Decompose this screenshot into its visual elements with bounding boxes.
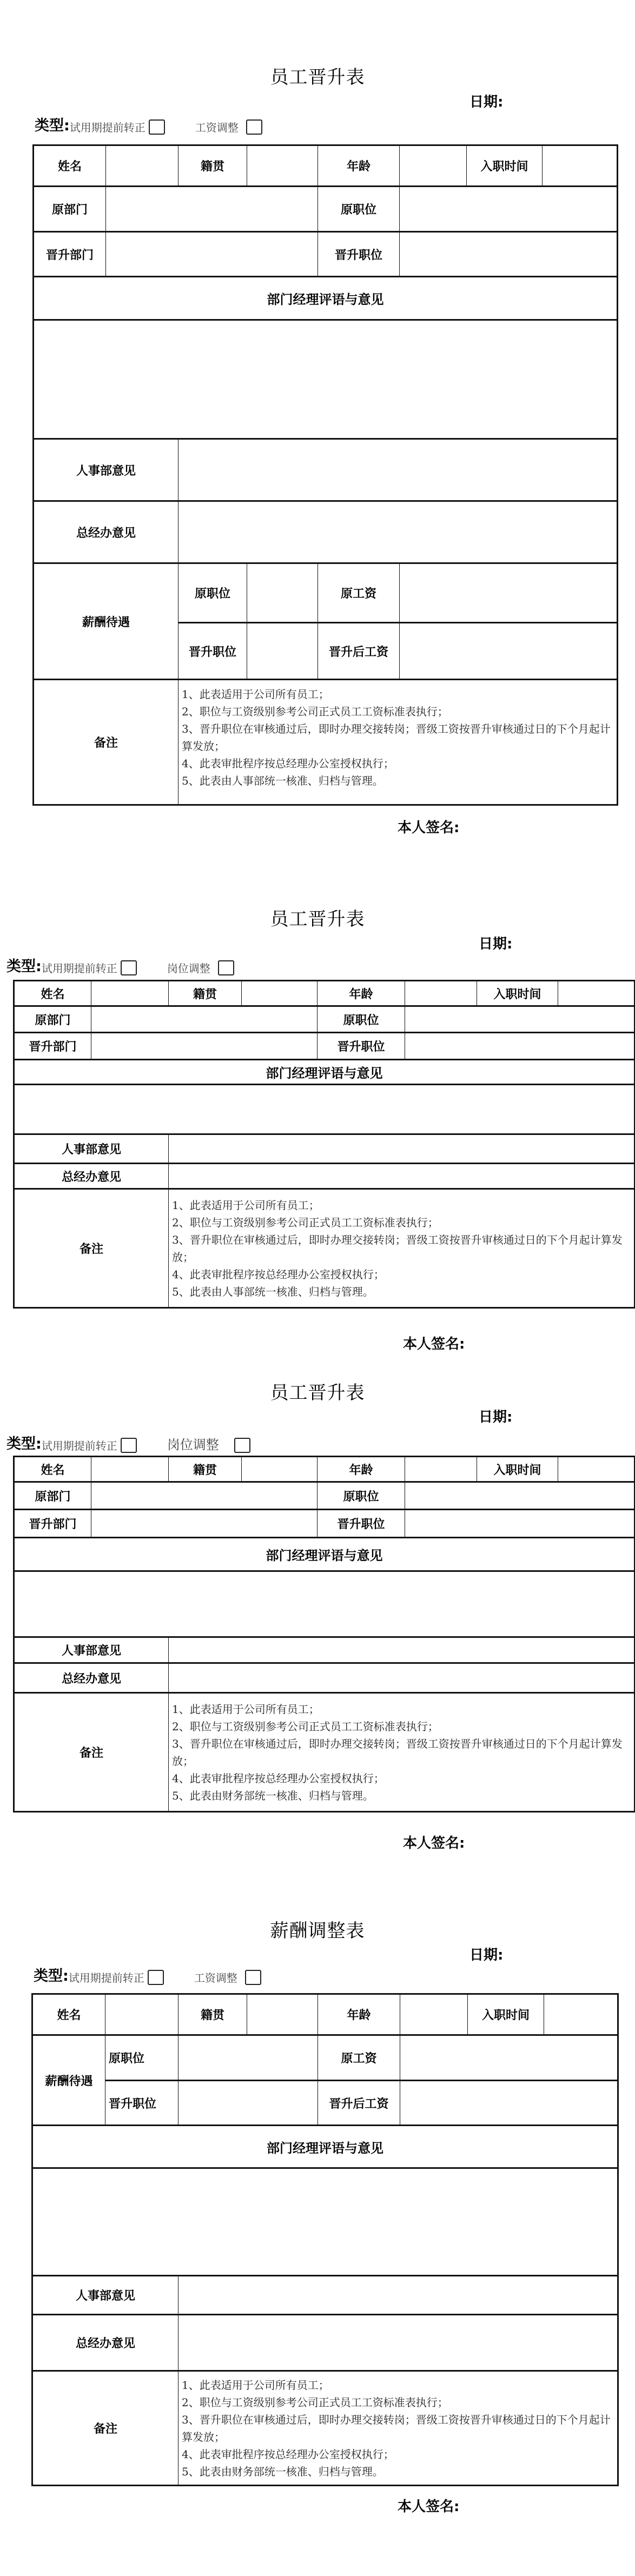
salary-orig-position-field[interactable] — [247, 563, 318, 623]
type-option-early-regularization: 试用期提前转正 — [42, 1437, 117, 1453]
hr-opinion-field[interactable] — [169, 1134, 635, 1164]
origin-label: 籍贯 — [178, 145, 247, 187]
origin-label: 籍贯 — [169, 981, 242, 1006]
orig-position-field[interactable] — [405, 1006, 635, 1033]
hire-date-label: 入职时间 — [467, 145, 543, 187]
gm-opinion-label: 总经办意见 — [34, 501, 178, 563]
orig-position-label: 原职位 — [317, 1006, 405, 1033]
notes-label: 备注 — [14, 1693, 169, 1812]
type-option-early-regularization: 试用期提前转正 — [42, 960, 117, 975]
origin-label: 籍贯 — [178, 1994, 247, 2035]
orig-salary-label: 原工资 — [318, 2035, 400, 2081]
hr-opinion-field[interactable] — [178, 2276, 618, 2315]
type-option-early-regularization: 试用期提前转正 — [70, 119, 145, 135]
orig-salary-field[interactable] — [400, 563, 618, 623]
type-row: 类型: 试用期提前转正 岗位调整 — [6, 1432, 250, 1453]
form-title: 员工晋升表 — [0, 1378, 635, 1404]
salary-adjust-checkbox[interactable] — [245, 1970, 261, 1985]
type-label: 类型: — [34, 1964, 69, 1985]
orig-dept-label: 原部门 — [34, 187, 106, 232]
orig-position-field[interactable] — [405, 1482, 635, 1510]
origin-field[interactable] — [247, 1994, 318, 2035]
name-field[interactable] — [91, 981, 169, 1006]
hire-date-label: 入职时间 — [477, 1457, 558, 1482]
name-label: 姓名 — [34, 145, 106, 187]
note-item: 2、职位与工资级别参考公司正式员工工资标准表执行； — [172, 1718, 631, 1735]
salary-orig-position-label: 原职位 — [178, 563, 247, 623]
type-label: 类型: — [35, 114, 70, 135]
gm-opinion-label: 总经办意见 — [32, 2315, 178, 2371]
origin-field[interactable] — [242, 1457, 317, 1482]
note-item: 3、晋升职位在审核通过后，即时办理交接转岗；晋级工资按晋升审核通过日的下个月起计… — [172, 1231, 631, 1266]
notes-label: 备注 — [34, 680, 178, 805]
orig-dept-field[interactable] — [106, 187, 318, 232]
age-label: 年龄 — [317, 1457, 405, 1482]
gm-opinion-field[interactable] — [169, 1663, 635, 1693]
age-field[interactable] — [400, 1994, 468, 2035]
type-option-position-adjust: 岗位调整 — [167, 1434, 219, 1453]
note-item: 5、此表由财务部统一核准、归档与管理。 — [172, 1787, 631, 1804]
manager-comment-header: 部门经理评语与意见 — [14, 1060, 635, 1085]
gm-opinion-label: 总经办意见 — [14, 1164, 169, 1189]
promo-position-field[interactable] — [405, 1033, 635, 1060]
age-label: 年龄 — [318, 145, 400, 187]
orig-dept-field[interactable] — [91, 1482, 317, 1510]
salary-orig-position-label: 原职位 — [105, 2035, 178, 2081]
notes-label: 备注 — [14, 1189, 169, 1308]
type-label: 类型: — [6, 1432, 42, 1453]
notes-content: 1、此表适用于公司所有员工； 2、职位与工资级别参考公司正式员工工资标准表执行；… — [178, 680, 618, 805]
manager-comment-field[interactable] — [14, 1085, 635, 1134]
salary-promo-position-field[interactable] — [178, 2081, 318, 2126]
salary-label: 薪酬待遇 — [34, 563, 178, 680]
early-regularization-checkbox[interactable] — [149, 119, 165, 135]
early-regularization-checkbox[interactable] — [148, 1970, 164, 1985]
promo-salary-field[interactable] — [400, 2081, 618, 2126]
age-label: 年龄 — [318, 1994, 400, 2035]
name-field[interactable] — [106, 145, 178, 187]
note-item: 5、此表由人事部统一核准、归档与管理。 — [182, 772, 613, 789]
notes-content: 1、此表适用于公司所有员工； 2、职位与工资级别参考公司正式员工工资标准表执行；… — [178, 2371, 618, 2486]
salary-adjust-checkbox[interactable] — [246, 119, 262, 135]
note-item: 5、此表由财务部统一核准、归档与管理。 — [182, 2463, 614, 2480]
signature-label: 本人签名: — [398, 2495, 459, 2515]
promotion-table: 姓名 籍贯 年龄 入职时间 原部门 原职位 晋升部门 晋升职位 部门经理评语与意… — [32, 144, 618, 806]
name-field[interactable] — [91, 1457, 169, 1482]
type-option-salary-adjust: 工资调整 — [195, 119, 239, 135]
promo-dept-label: 晋升部门 — [14, 1033, 91, 1060]
orig-position-field[interactable] — [400, 187, 618, 232]
notes-content: 1、此表适用于公司所有员工； 2、职位与工资级别参考公司正式员工工资标准表执行；… — [169, 1189, 635, 1308]
gm-opinion-field[interactable] — [169, 1164, 635, 1189]
origin-label: 籍贯 — [169, 1457, 242, 1482]
note-item: 4、此表审批程序按总经理办公室授权执行； — [172, 1266, 631, 1283]
gm-opinion-field[interactable] — [178, 2315, 618, 2371]
age-field[interactable] — [405, 981, 477, 1006]
promotion-table: 姓名 籍贯 年龄 入职时间 原部门 原职位 晋升部门 晋升职位 部门经理评语与意… — [13, 1456, 635, 1813]
manager-comment-field[interactable] — [14, 1571, 635, 1637]
form-title: 薪酬调整表 — [0, 1916, 635, 1942]
hire-date-field[interactable] — [558, 981, 635, 1006]
promo-position-label: 晋升职位 — [317, 1510, 405, 1538]
orig-salary-field[interactable] — [400, 2035, 618, 2081]
position-adjust-checkbox[interactable] — [234, 1438, 250, 1453]
form-title: 员工晋升表 — [0, 62, 635, 89]
date-label: 日期: — [479, 1406, 512, 1426]
manager-comment-header: 部门经理评语与意见 — [14, 1538, 635, 1571]
type-row: 类型: 试用期提前转正 工资调整 — [34, 1964, 261, 1985]
note-item: 3、晋升职位在审核通过后，即时办理交接转岗；晋级工资按晋升审核通过日的下个月起计… — [172, 1735, 631, 1770]
note-item: 1、此表适用于公司所有员工； — [182, 2376, 614, 2394]
date-label: 日期: — [479, 933, 512, 953]
orig-position-label: 原职位 — [317, 1482, 405, 1510]
date-label: 日期: — [469, 1944, 503, 1964]
orig-dept-label: 原部门 — [14, 1006, 91, 1033]
age-field[interactable] — [405, 1457, 477, 1482]
manager-comment-header: 部门经理评语与意见 — [34, 277, 618, 320]
note-item: 3、晋升职位在审核通过后，即时办理交接转岗；晋级工资按晋升审核通过日的下个月起计… — [182, 720, 613, 755]
name-label: 姓名 — [14, 1457, 91, 1482]
hire-date-field[interactable] — [543, 145, 618, 187]
hr-opinion-field[interactable] — [169, 1637, 635, 1663]
hire-date-field[interactable] — [544, 1994, 618, 2035]
promo-salary-label: 晋升后工资 — [318, 623, 400, 680]
notes-label: 备注 — [32, 2371, 178, 2486]
position-adjust-checkbox[interactable] — [218, 960, 234, 975]
note-item: 1、此表适用于公司所有员工； — [172, 1701, 631, 1718]
promo-dept-field[interactable] — [106, 232, 318, 277]
promo-salary-field[interactable] — [400, 623, 618, 680]
promo-salary-label: 晋升后工资 — [318, 2081, 400, 2126]
orig-dept-label: 原部门 — [14, 1482, 91, 1510]
type-option-position-adjust: 岗位调整 — [167, 960, 210, 975]
note-item: 4、此表审批程序按总经理办公室授权执行； — [182, 2446, 614, 2463]
hire-date-label: 入职时间 — [468, 1994, 544, 2035]
orig-salary-label: 原工资 — [318, 563, 400, 623]
promo-dept-field[interactable] — [91, 1510, 317, 1538]
origin-field[interactable] — [242, 981, 317, 1006]
origin-field[interactable] — [247, 145, 318, 187]
early-regularization-checkbox[interactable] — [121, 1438, 137, 1453]
manager-comment-field[interactable] — [34, 320, 618, 439]
type-label: 类型: — [6, 954, 42, 975]
type-option-early-regularization: 试用期提前转正 — [69, 1969, 144, 1985]
type-option-salary-adjust: 工资调整 — [194, 1969, 237, 1985]
manager-comment-field[interactable] — [32, 2168, 618, 2276]
hr-opinion-label: 人事部意见 — [14, 1637, 169, 1663]
note-item: 2、职位与工资级别参考公司正式员工工资标准表执行； — [172, 1214, 631, 1231]
form-title: 员工晋升表 — [0, 904, 635, 931]
name-field[interactable] — [105, 1994, 178, 2035]
hr-opinion-label: 人事部意见 — [14, 1134, 169, 1164]
note-item: 1、此表适用于公司所有员工； — [182, 686, 613, 703]
hire-date-label: 入职时间 — [477, 981, 558, 1006]
note-item: 4、此表审批程序按总经理办公室授权执行； — [182, 755, 613, 772]
promo-position-label: 晋升职位 — [317, 1033, 405, 1060]
note-item: 1、此表适用于公司所有员工； — [172, 1197, 631, 1214]
name-label: 姓名 — [14, 981, 91, 1006]
promo-dept-field[interactable] — [91, 1033, 317, 1060]
promotion-table: 姓名 籍贯 年龄 入职时间 原部门 原职位 晋升部门 晋升职位 部门经理评语与意… — [13, 980, 635, 1309]
gm-opinion-field[interactable] — [178, 501, 618, 563]
promo-position-field[interactable] — [400, 232, 618, 277]
note-item: 5、此表由人事部统一核准、归档与管理。 — [172, 1283, 631, 1300]
orig-position-label: 原职位 — [318, 187, 400, 232]
hire-date-field[interactable] — [558, 1457, 635, 1482]
gm-opinion-label: 总经办意见 — [14, 1663, 169, 1693]
signature-label: 本人签名: — [398, 816, 459, 836]
hr-opinion-label: 人事部意见 — [34, 439, 178, 501]
name-label: 姓名 — [32, 1994, 105, 2035]
salary-promo-position-label: 晋升职位 — [105, 2081, 178, 2126]
note-item: 2、职位与工资级别参考公司正式员工工资标准表执行； — [182, 2394, 614, 2411]
notes-content: 1、此表适用于公司所有员工； 2、职位与工资级别参考公司正式员工工资标准表执行；… — [169, 1693, 635, 1812]
note-item: 2、职位与工资级别参考公司正式员工工资标准表执行； — [182, 703, 613, 720]
age-label: 年龄 — [317, 981, 405, 1006]
signature-label: 本人签名: — [403, 1832, 465, 1852]
salary-orig-position-field[interactable] — [178, 2035, 318, 2081]
salary-adjust-table: 姓名 籍贯 年龄 入职时间 薪酬待遇 原职位 原工资 晋升职位 晋升后工资 部门… — [31, 1993, 619, 2486]
hr-opinion-label: 人事部意见 — [32, 2276, 178, 2315]
note-item: 3、晋升职位在审核通过后，即时办理交接转岗；晋级工资按晋升审核通过日的下个月起计… — [182, 2411, 614, 2446]
promo-position-field[interactable] — [405, 1510, 635, 1538]
type-row: 类型: 试用期提前转正 岗位调整 — [6, 954, 234, 975]
orig-dept-field[interactable] — [91, 1006, 317, 1033]
salary-label: 薪酬待遇 — [32, 2035, 105, 2126]
date-label: 日期: — [469, 91, 503, 111]
early-regularization-checkbox[interactable] — [121, 960, 137, 975]
type-row: 类型: 试用期提前转正 工资调整 — [35, 114, 262, 135]
note-item: 4、此表审批程序按总经理办公室授权执行； — [172, 1770, 631, 1787]
promo-dept-label: 晋升部门 — [14, 1510, 91, 1538]
manager-comment-header: 部门经理评语与意见 — [32, 2126, 618, 2168]
salary-promo-position-label: 晋升职位 — [178, 623, 247, 680]
promo-position-label: 晋升职位 — [318, 232, 400, 277]
promo-dept-label: 晋升部门 — [34, 232, 106, 277]
salary-promo-position-field[interactable] — [247, 623, 318, 680]
signature-label: 本人签名: — [403, 1333, 465, 1353]
hr-opinion-field[interactable] — [178, 439, 618, 501]
age-field[interactable] — [400, 145, 467, 187]
